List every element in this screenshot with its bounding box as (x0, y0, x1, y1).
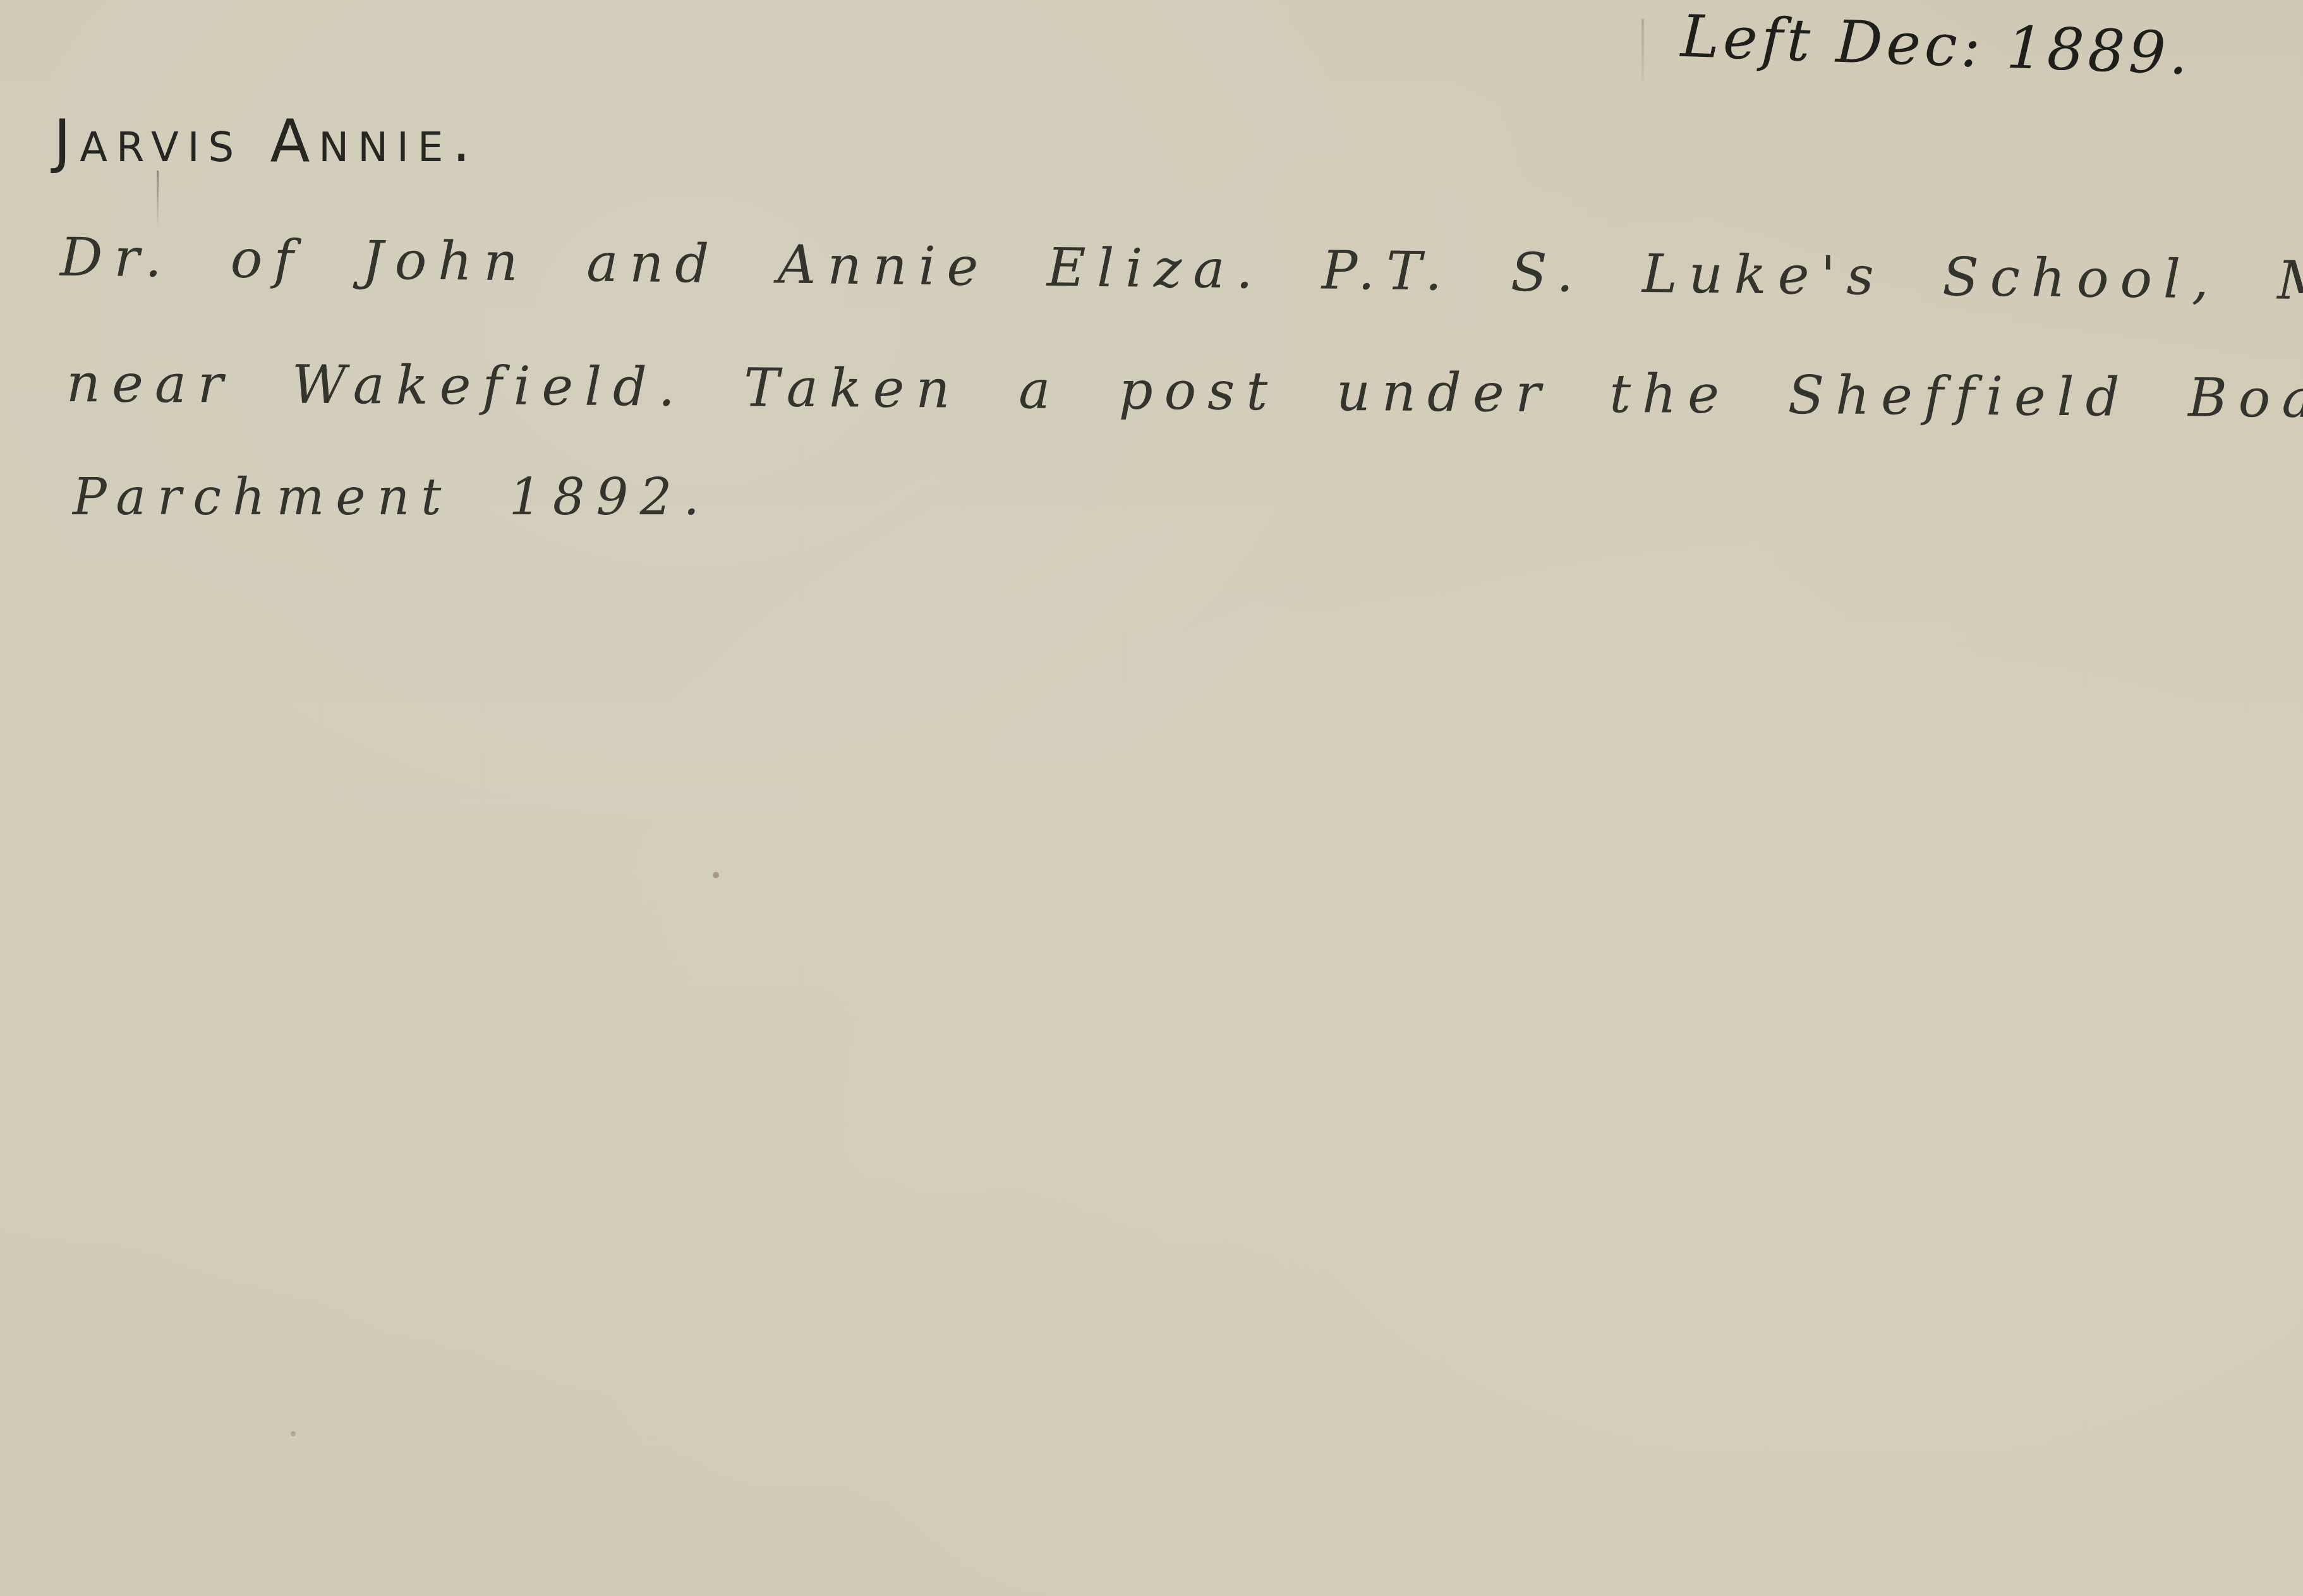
paper-speck (713, 872, 719, 878)
body-line-2: near Wakefield. Taken a post under the S… (66, 352, 2303, 430)
index-card: Left Dec: 1889. Jarvis Annie. Dr. of Joh… (0, 0, 2303, 1596)
body-line-3: Parchment 1892. (73, 468, 711, 526)
body-line-1: Dr. of John and Annie Eliza. P.T. S. Luk… (60, 226, 2303, 317)
left-date-note: Left Dec: 1889. (1679, 3, 2192, 88)
ink-drip (157, 171, 159, 227)
paper-speck (291, 1431, 296, 1436)
pencil-mark (1641, 19, 1644, 82)
name-heading: Jarvis Annie. (54, 107, 480, 175)
